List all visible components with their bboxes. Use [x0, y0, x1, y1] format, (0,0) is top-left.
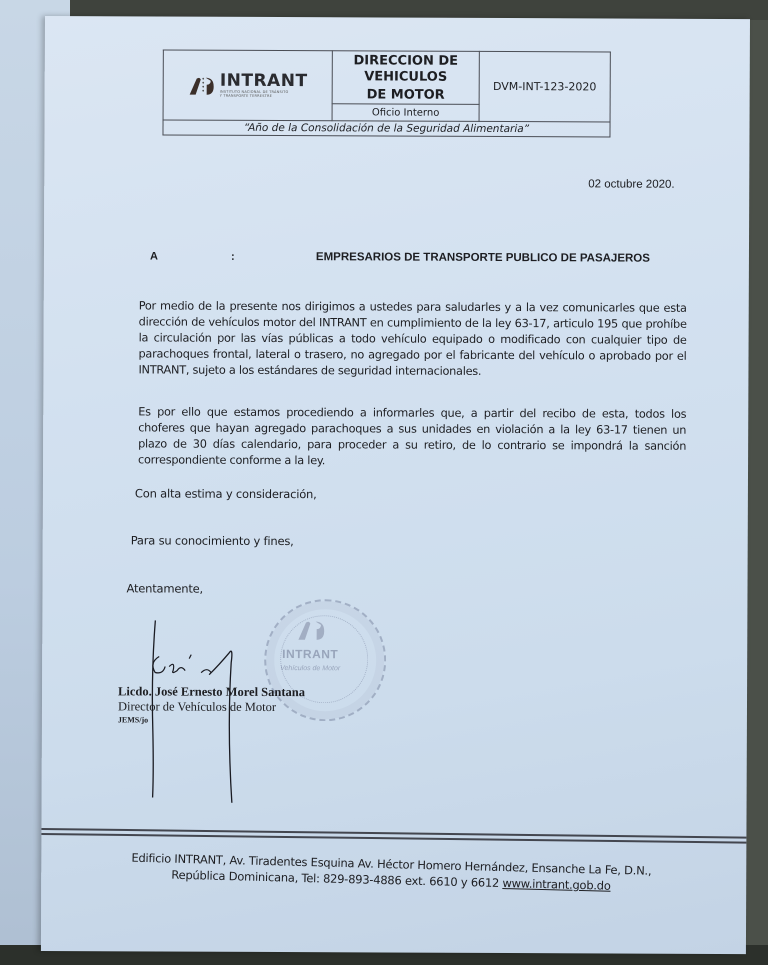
department-title-line1: DIRECCION DE VEHICULOS — [333, 51, 479, 86]
signer-name: Licdo. José Ernesto Morel Santana — [118, 684, 305, 700]
letter-page: INTRANT INSTITUTO NACIONAL DE TRÁNSITO Y… — [41, 16, 750, 954]
year-motto: “Año de la Consolidación de la Seguridad… — [163, 120, 610, 137]
document-code: DVM-INT-123-2020 — [479, 51, 610, 122]
department-title-line2: DE MOTOR — [333, 85, 479, 104]
body-paragraph: Es por ello que estamos procediendo a in… — [138, 404, 686, 470]
signer-title: Director de Vehículos de Motor — [118, 699, 276, 715]
logo-subtitle-line2: Y TRANSPORTE TERRESTRE — [220, 94, 272, 98]
recipient-label: A — [150, 250, 158, 262]
logo-name: INTRANT — [220, 73, 308, 90]
recipient-separator: : — [231, 251, 235, 263]
stamp-logo-icon — [296, 615, 326, 645]
body-paragraph: Por medio de la presente nos dirigimos a… — [138, 298, 686, 380]
closing-line: Atentamente, — [126, 581, 203, 595]
closing-line: Con alta estima y consideración, — [135, 486, 317, 501]
department-cell: DIRECCION DE VEHICULOS DE MOTOR — [332, 51, 479, 105]
stamp-text: INTRANT — [274, 647, 346, 661]
intrant-logo: INTRANT INSTITUTO NACIONAL DE TRÁNSITO Y… — [164, 73, 332, 99]
logo-cell: INTRANT INSTITUTO NACIONAL DE TRÁNSITO Y… — [163, 50, 332, 121]
official-stamp: INTRANT Vehículos de Motor — [264, 599, 387, 722]
letter-date: 02 octubre 2020. — [588, 178, 674, 190]
letterhead-table: INTRANT INSTITUTO NACIONAL DE TRÁNSITO Y… — [162, 50, 610, 138]
footer-address: Edificio INTRANT, Av. Tiradentes Esquina… — [71, 848, 712, 896]
closing-line: Para su conocimiento y fines, — [131, 533, 294, 548]
website-link[interactable]: www.intrant.gob.do — [502, 876, 610, 893]
intrant-logo-icon — [188, 74, 216, 96]
typist-initials: JEMS/jo — [118, 715, 148, 724]
document-type: Oficio Interno — [332, 104, 479, 122]
stamp-subtext: Vehículos de Motor — [274, 665, 346, 672]
recipient-value: EMPRESARIOS DE TRANSPORTE PUBLICO DE PAS… — [316, 251, 650, 264]
